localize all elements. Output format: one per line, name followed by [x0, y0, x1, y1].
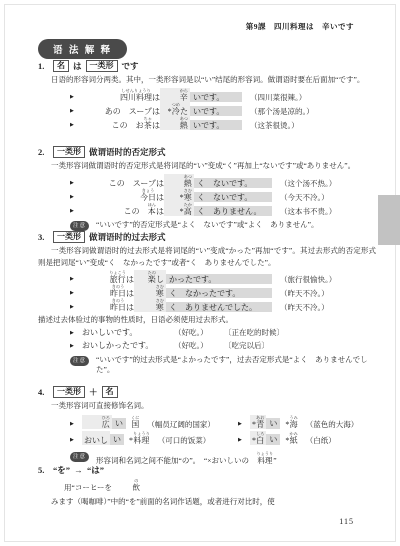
note-badge: 注意 — [70, 452, 89, 462]
example-subject: しせんりょうり四川料理は — [82, 88, 160, 102]
example-pair: ▶ *しろ白 い *かみ紙 （白纸） — [238, 431, 376, 445]
example-gloss: （昨天不冷。） — [280, 289, 329, 298]
section-1-heading: 1. 名 は 一类形 です — [38, 60, 376, 72]
example-japanese: おいしいです。 — [82, 327, 174, 338]
example-subject: あの スープは — [82, 102, 160, 116]
triangle-bullet-icon: ▶ — [70, 420, 82, 429]
heading-text: “を” → “は” — [53, 464, 104, 476]
example-subject: この ほん本は — [82, 202, 164, 216]
example-pair: ▶ *あお青 い *うみ海 （蓝色的大海） — [238, 415, 376, 429]
pair-gloss: （蓝色的大海） — [306, 420, 359, 429]
pair-noun: くに国 — [131, 415, 139, 429]
note-badge: 注意 — [70, 356, 89, 366]
example-gloss: （好吃。） — [174, 340, 224, 351]
pair-stem: *あお青 — [250, 415, 266, 429]
example-stem: あつ熱 — [164, 174, 194, 188]
triangle-bullet-icon: ▶ — [70, 107, 82, 116]
pair-i-ending: い — [110, 434, 124, 445]
example-row: ▶ きのう昨日は さむ寒 く なかったです。 （昨天不冷。） — [70, 285, 376, 298]
example-stem: から辛 — [160, 88, 190, 102]
example-japanese: おいしかったです。 — [82, 340, 174, 351]
heading-text: 做谓语时的否定形式 — [89, 146, 166, 158]
example-gloss: （四川菜很辣。） — [250, 93, 306, 102]
section-5-heading: 5. “を” → “は” — [38, 464, 376, 476]
section-3-heading: 3. 一类形 做谓语时的过去形式 — [38, 231, 376, 243]
triangle-bullet-icon: ▶ — [70, 329, 82, 338]
triangle-bullet-icon: ▶ — [70, 275, 82, 284]
section-2-heading: 2. 一类形 做谓语时的否定形式 — [38, 146, 376, 158]
section-3: 3. 一类形 做谓语时的过去形式 一类形容词做谓语时的过去形式是将词尾的“い”变… — [38, 231, 376, 375]
example-stem: あつ熱 — [160, 116, 190, 130]
section-4: 4. 一类形 ＋ 名 一类形容词可直接修饰名词。 ▶ ひろ広 い くに国 （幅员… — [38, 386, 376, 465]
triangle-bullet-icon: ▶ — [70, 207, 82, 216]
pair-gloss: （可口的饭菜） — [158, 436, 211, 445]
example-stem: *たか高 — [164, 202, 194, 216]
example-context-note: 〔吃完以后〕 — [224, 340, 269, 351]
example-row: ▶ この ほん本は *たか高 く ありません。 （这本书不贵。） — [70, 203, 376, 216]
pair-stem: *しろ白 — [250, 431, 266, 445]
section-3-rule-text: 描述过去体验过的事物的性质时，日语必须使用过去形式。 — [38, 314, 376, 325]
section-5: 5. “を” → “は” 用“コーヒーを の飲みます（喝咖啡）”中的“を”前面的… — [38, 464, 376, 506]
particle-text: は — [73, 60, 82, 72]
example-gloss: （那个汤是凉的。） — [250, 107, 314, 116]
pair-gloss: （幅员辽阔的国家） — [147, 420, 215, 429]
example-pair: ▶ おいし い *りょうり料理 （可口的饭菜） — [70, 431, 238, 445]
textbook-page: 第9課 四川料理は 辛いです 语 法 解 释 1. 名 は 一类形 です 日语的… — [0, 0, 400, 546]
example-stem: たの楽し — [134, 270, 166, 284]
pair-noun: *うみ海 — [285, 415, 297, 429]
example-ending: いです。 — [190, 92, 242, 102]
example-gloss: （这个汤不热。） — [280, 179, 336, 188]
note-row: 注意 “いいです”的否定形式是“よく ないです”或“よく ありません”。 — [70, 220, 376, 231]
section-1-intro: 日语的形容词分两类。其中，一类形容词是以“い”结尾的形容词。做谓语时要在后面加“… — [38, 74, 376, 86]
note-text: 形容词和名词之间不能加“の”。 “×おいしいの りょうり料理” — [96, 451, 277, 465]
copula-text: です — [122, 60, 139, 72]
example-gloss: （今天不冷。） — [280, 193, 329, 202]
triangle-bullet-icon: ▶ — [70, 289, 82, 298]
triangle-bullet-icon: ▶ — [238, 436, 250, 445]
pair-stem: おいし — [82, 431, 110, 445]
page-number: 115 — [339, 517, 354, 526]
example-subject: この スープは — [82, 174, 164, 188]
note-row: 注意 形容词和名词之间不能加“の”。 “×おいしいの りょうり料理” — [70, 451, 376, 465]
example-gloss: （这本书不贵。） — [280, 207, 336, 216]
example-row: ▶ この おちゃ茶は あつ熱 いです。 （这茶很烫。） — [70, 117, 376, 130]
chapter-edge-tab — [378, 195, 400, 245]
example-ending: かったです。 — [166, 274, 272, 284]
example-context-note: 〔正在吃的时候〕 — [224, 327, 284, 338]
section-2: 2. 一类形 做谓语时的否定形式 一类形容词做谓语时的否定形式是将词尾的“い”变… — [38, 146, 376, 231]
pair-i-ending: い — [112, 418, 126, 429]
triangle-bullet-icon: ▶ — [70, 436, 82, 445]
example-row: ▶ しせんりょうり四川料理は から辛 いです。 （四川菜很辣。） — [70, 89, 376, 102]
example-ending: く なかったです。 — [166, 288, 272, 298]
pair-i-ending: い — [266, 418, 280, 429]
example-stem: *さむ寒 — [164, 188, 194, 202]
section-number: 5. — [38, 464, 49, 476]
example-gloss: （昨天不冷。） — [280, 303, 329, 312]
plus-sign: ＋ — [89, 386, 98, 398]
example-gloss: （这茶很烫。） — [250, 121, 299, 130]
triangle-bullet-icon: ▶ — [70, 179, 82, 188]
example-gloss: （好吃。） — [174, 327, 224, 338]
pair-gloss: （白纸） — [306, 436, 336, 445]
boxed-term-adjective1: 一类形 — [53, 386, 85, 398]
lesson-header: 第9課 四川料理は 辛いです — [246, 21, 354, 32]
example-row: ▶ きょう今日は *さむ寒 く ないです。 （今天不冷。） — [70, 189, 376, 202]
triangle-bullet-icon: ▶ — [70, 93, 82, 102]
example-stem: さむ寒 — [134, 298, 166, 312]
pair-i-ending: い — [266, 434, 280, 445]
triangle-bullet-icon: ▶ — [70, 193, 82, 202]
section-number: 1. — [38, 60, 49, 72]
adjective-noun-grid: ▶ ひろ広 い くに国 （幅员辽阔的国家） ▶ *あお青 い *うみ海 （蓝色的… — [70, 415, 376, 447]
note-text: “いいです”的过去形式是“よかったです”，过去否定形式是“よく ありませんでした… — [96, 355, 376, 375]
triangle-bullet-icon: ▶ — [70, 342, 82, 351]
example-ending: く ありません。 — [194, 206, 272, 216]
section-3-intro: 一类形容词做谓语时的过去形式是将词尾的“い”变成“かった”再加“です”。其过去形… — [38, 245, 376, 268]
example-row: ▶ りょこう旅行は たの楽し かったです。 （旅行很愉快。） — [70, 271, 376, 284]
example-subject: りょこう旅行は — [82, 270, 134, 284]
example-subject: きょう今日は — [82, 188, 164, 202]
triangle-bullet-icon: ▶ — [70, 121, 82, 130]
boxed-term-noun: 名 — [53, 60, 69, 72]
boxed-term-adjective1: 一类形 — [86, 60, 118, 72]
example-subject: きのう昨日は — [82, 298, 134, 312]
note-row: 注意 “いいです”的过去形式是“よかったです”，过去否定形式是“よく ありません… — [70, 355, 376, 375]
example-ending: く ないです。 — [194, 178, 272, 188]
example-ending: いです。 — [190, 106, 242, 116]
boxed-term-adjective1: 一类形 — [53, 146, 85, 158]
plain-example-row: ▶ おいしかったです。 （好吃。） 〔吃完以后〕 — [70, 340, 376, 351]
triangle-bullet-icon: ▶ — [70, 303, 82, 312]
section-4-heading: 4. 一类形 ＋ 名 — [38, 386, 376, 398]
boxed-term-noun: 名 — [102, 386, 118, 398]
section-number: 4. — [38, 386, 49, 398]
example-stem: *つめ冷た — [160, 102, 190, 116]
pair-stem: ひろ広 — [82, 415, 112, 429]
example-subject: きのう昨日は — [82, 284, 134, 298]
example-subject: この おちゃ茶は — [82, 116, 160, 130]
example-row: ▶ あの スープは *つめ冷た いです。 （那个汤是凉的。） — [70, 103, 376, 116]
section-5-body: 用“コーヒーを の飲みます（喝咖啡）”中的“を”前面的名词作话题，或者进行对比时… — [38, 478, 376, 506]
section-1: 1. 名 は 一类形 です 日语的形容词分两类。其中，一类形容词是以“い”结尾的… — [38, 60, 376, 131]
heading-text: 做谓语时的过去形式 — [89, 231, 166, 243]
triangle-bullet-icon: ▶ — [238, 420, 250, 429]
example-row: ▶ この スープは あつ熱 く ないです。 （这个汤不热。） — [70, 175, 376, 188]
example-gloss: （旅行很愉快。） — [280, 275, 336, 284]
note-text: “いいです”的否定形式是“よく ないです”或“よく ありません”。 — [96, 220, 318, 230]
note-badge: 注意 — [70, 221, 89, 231]
grammar-section-badge: 语 法 解 释 — [38, 39, 127, 59]
example-stem: さむ寒 — [134, 284, 166, 298]
section-4-intro: 一类形容词可直接修饰名词。 — [38, 400, 376, 412]
example-ending: く ありませんでした。 — [166, 302, 272, 312]
pair-noun: *りょうり料理 — [129, 431, 150, 445]
example-ending: く ないです。 — [194, 192, 272, 202]
example-row: ▶ きのう昨日は さむ寒 く ありませんでした。 （昨天不冷。） — [70, 299, 376, 312]
section-2-intro: 一类形容词做谓语时的否定形式是将词尾的“い”变成“く”再加上“ないです”或“あり… — [38, 160, 376, 172]
pair-noun: *かみ紙 — [285, 431, 297, 445]
boxed-term-adjective1: 一类形 — [53, 231, 85, 243]
example-ending: いです。 — [190, 120, 242, 130]
plain-example-row: ▶ おいしいです。 （好吃。） 〔正在吃的时候〕 — [70, 327, 376, 338]
section-number: 3. — [38, 231, 49, 243]
example-pair: ▶ ひろ広 い くに国 （幅员辽阔的国家） — [70, 415, 238, 429]
section-number: 2. — [38, 146, 49, 158]
